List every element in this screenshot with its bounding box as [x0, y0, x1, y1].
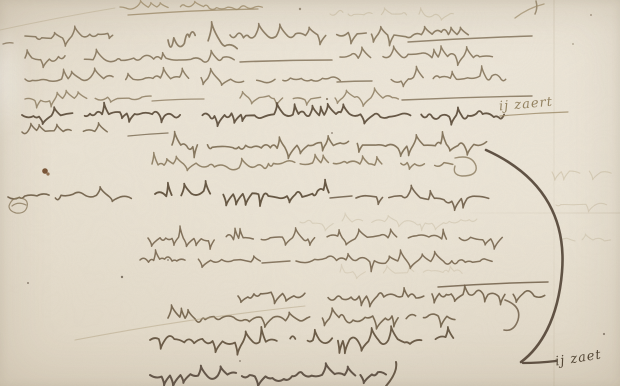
handwriting-layer	[0, 0, 620, 386]
manuscript-page: ij zaert ij zaet	[0, 0, 620, 386]
paper-grain-texture	[0, 0, 620, 386]
